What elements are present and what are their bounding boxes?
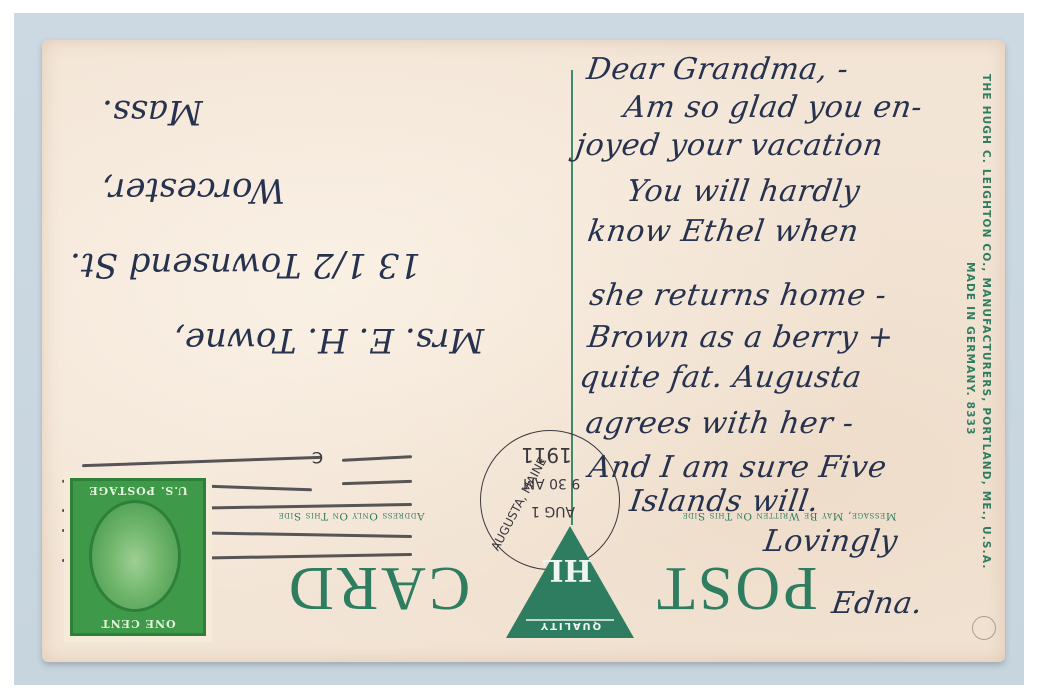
- message-signature: Edna.: [830, 586, 925, 621]
- message-line: quite fat. Augusta: [578, 360, 864, 395]
- stamp-portrait: [89, 500, 181, 612]
- message-line: know Ethel when: [586, 214, 861, 249]
- address-line: Mrs. E. H. Towne,: [174, 320, 484, 360]
- publisher-line: THE HUGH C. LEIGHTON CO., MANUFACTURERS,…: [980, 74, 992, 570]
- address-line: Worcester,: [102, 170, 285, 210]
- stamp-country: U.S. POSTAGE: [70, 484, 206, 497]
- message-line: agrees with her -: [584, 406, 857, 441]
- message-line: And I am sure Five: [587, 450, 889, 485]
- postage-stamp: ONE CENT U.S. POSTAGE: [64, 472, 212, 642]
- corner-stamp-mark: [972, 616, 996, 640]
- logo-label: QUALITY: [504, 620, 636, 631]
- message-rule-text: Message, May Be Written On This Side: [682, 510, 897, 522]
- message-line: You will hardly: [625, 174, 863, 209]
- stamp-denomination: ONE CENT: [70, 617, 206, 630]
- postmark-date: AUG 1: [531, 503, 575, 519]
- message-line: Am so glad you en-: [622, 90, 925, 125]
- address-line: 13 1/2 Townsend St.: [70, 245, 421, 285]
- message-line: she returns home -: [588, 278, 889, 313]
- logo-monogram: HL: [548, 552, 592, 587]
- card-title: CARD: [286, 552, 470, 623]
- address-rule-text: Address Only On This Side: [278, 510, 425, 522]
- made-in-germany-line: MADE IN GERMANY. 8333: [964, 262, 976, 436]
- postcard: THE HUGH C. LEIGHTON CO., MANUFACTURERS,…: [42, 40, 1005, 662]
- message-line: Brown as a berry +: [586, 320, 896, 355]
- message-line: Dear Grandma, -: [585, 52, 851, 87]
- message-line: joyed your vacation: [574, 128, 886, 163]
- post-title: POST: [654, 552, 818, 623]
- address-line: Mass.: [102, 92, 203, 132]
- cancel-mark: C: [312, 448, 323, 467]
- quality-logo: HL QUALITY: [504, 524, 636, 640]
